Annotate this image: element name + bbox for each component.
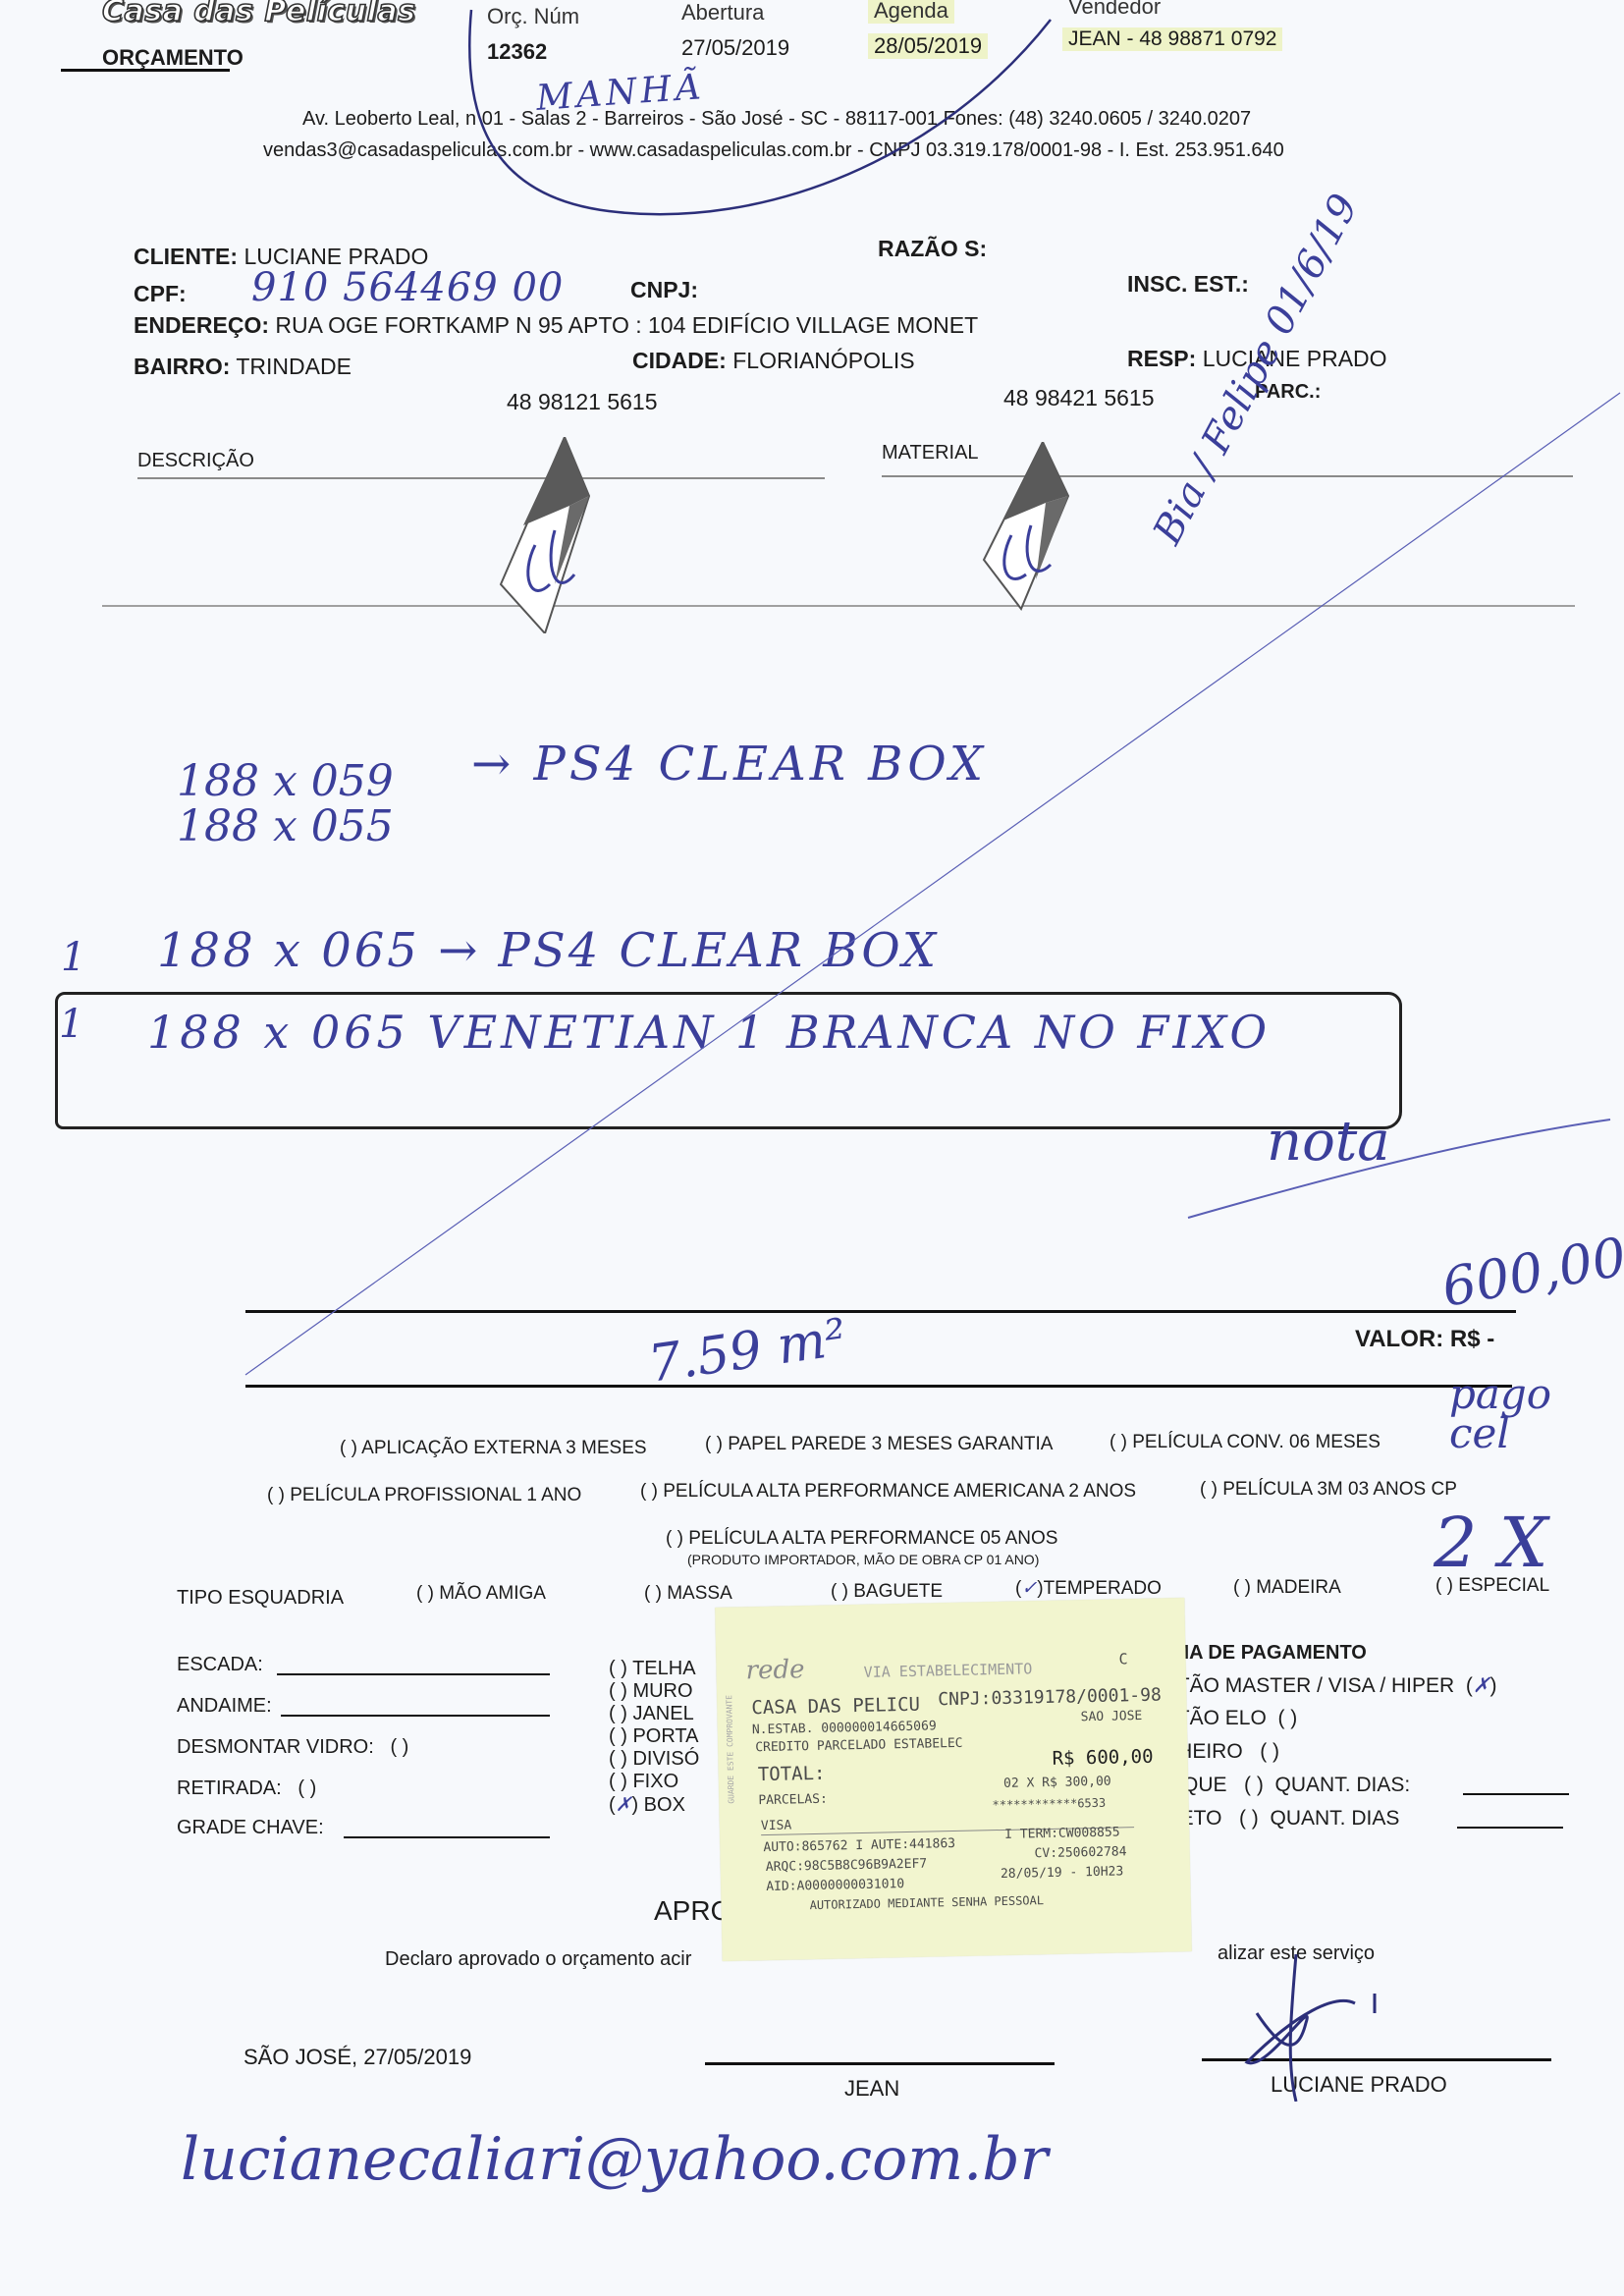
- client-email-handwritten: lucianecaliari@yahoo.com.br: [181, 2125, 1048, 2194]
- total-line-top: [245, 1310, 1516, 1313]
- location-options: ( ) TELHA ( ) MURO ( ) JANEL ( ) PORTA (…: [609, 1658, 699, 1817]
- payment-option[interactable]: EQUE ( ) QUANT. DIAS:: [1168, 1774, 1410, 1797]
- receipt-parcelas-value: 02 X R$ 300,00: [1003, 1775, 1111, 1791]
- company-address: Av. Leoberto Leal, n 01 - Salas 2 - Barr…: [302, 108, 1251, 131]
- endereco-label: ENDEREÇO:: [134, 312, 269, 338]
- receipt-brand-logo: rede: [745, 1655, 804, 1685]
- warranty-option[interactable]: ( ) PELÍCULA 3M 03 ANOS CP: [1200, 1479, 1457, 1501]
- receipt-card-brand: VISA: [761, 1818, 792, 1833]
- grade-chave-field[interactable]: [344, 1836, 550, 1838]
- item-2-count: 1: [61, 935, 85, 980]
- checkbox[interactable]: ( ): [609, 1680, 627, 1702]
- orc-num-label: Orç. Núm: [487, 4, 579, 29]
- nota-note: nota: [1267, 1110, 1390, 1174]
- checkbox[interactable]: ( ): [390, 1736, 408, 1758]
- checkbox[interactable]: ( ): [644, 1583, 662, 1604]
- esquadria-option[interactable]: ( ) MASSA: [644, 1583, 732, 1605]
- receipt-auth-note: AUTORIZADO MEDIANTE SENHA PESSOAL: [810, 1893, 1045, 1912]
- place-date: SÃO JOSÉ, 27/05/2019: [244, 2045, 471, 2070]
- bairro-value: TRINDADE: [236, 354, 352, 379]
- agenda-value: 28/05/2019: [868, 33, 988, 59]
- approval-title: APRO: [654, 1895, 731, 1927]
- phone-2: 48 98421 5615: [1003, 385, 1155, 411]
- checkbox-checked[interactable]: (✗): [1466, 1674, 1497, 1697]
- receipt-total-value: R$ 600,00: [1052, 1746, 1153, 1770]
- checkbox[interactable]: ( ): [609, 1658, 627, 1679]
- receipt-aid: AID:A0000000031010: [766, 1877, 904, 1894]
- receipt-auto: AUTO:865762 I AUTE:441863: [763, 1836, 955, 1855]
- receipt-via-code: C: [1118, 1650, 1127, 1667]
- warranty-option[interactable]: ( ) APLICAÇÃO EXTERNA 3 MESES: [340, 1438, 647, 1459]
- seller-signature-label: JEAN: [844, 2076, 899, 2102]
- checkbox[interactable]: ( ): [298, 1777, 316, 1799]
- bairro-field: BAIRRO: TRINDADE: [134, 354, 352, 380]
- vendedor-label: Vendedor: [1068, 0, 1161, 20]
- warranty-note: (PRODUTO IMPORTADOR, MÃO DE OBRA CP 01 A…: [687, 1552, 1039, 1567]
- checkbox[interactable]: ( ): [1244, 1774, 1264, 1796]
- checkbox[interactable]: ( ): [1239, 1807, 1259, 1830]
- descricao-divider: [137, 477, 825, 479]
- esquadria-option-checked[interactable]: (✓)TEMPERADO: [1015, 1577, 1162, 1600]
- installments-note: 2 X: [1434, 1503, 1548, 1583]
- cnpj-label: CNPJ:: [630, 277, 698, 303]
- abertura-label: Abertura: [681, 0, 764, 26]
- payment-option-checked[interactable]: RTÃO MASTER / VISA / HIPER (✗): [1163, 1673, 1496, 1698]
- cpf-value: 910 564469 00: [251, 265, 564, 310]
- checkbox[interactable]: ( ): [609, 1748, 627, 1770]
- desmontar-vidro-field[interactable]: DESMONTAR VIDRO: ( ): [177, 1736, 408, 1759]
- receipt-datetime: 28/05/19 - 10H23: [1001, 1864, 1124, 1882]
- item-3: 188 x 065 VENETIAN 1 BRANCA NO FIXO: [147, 1006, 1271, 1059]
- boleto-days-field[interactable]: [1457, 1827, 1563, 1829]
- checkmark-icon: ✗: [1473, 1673, 1490, 1697]
- esquadria-option[interactable]: ( ) BAGUETE: [831, 1581, 943, 1603]
- receipt-cnpj: CNPJ:03319178/0001-98: [938, 1685, 1162, 1711]
- location-option[interactable]: ( ) TELHA: [609, 1658, 699, 1680]
- company-stamp-icon: [982, 442, 1070, 619]
- warranty-option[interactable]: ( ) PAPEL PAREDE 3 MESES GARANTIA: [705, 1434, 1053, 1455]
- item-3-count: 1: [59, 1002, 83, 1047]
- esquadria-option[interactable]: ( ) MADEIRA: [1233, 1577, 1341, 1599]
- endereco-field: ENDEREÇO: RUA OGE FORTKAMP N 95 APTO : 1…: [134, 312, 978, 339]
- orc-num-value: 12362: [487, 39, 547, 65]
- nota-underline-stroke: [1188, 1120, 1610, 1218]
- item-1b-dimensions: 188 x 055: [177, 801, 394, 851]
- retirada-field[interactable]: RETIRADA: ( ): [177, 1777, 316, 1800]
- document-title: ORÇAMENTO: [102, 45, 244, 71]
- escada-field[interactable]: [277, 1673, 550, 1675]
- esquadria-option[interactable]: ( ) ESPECIAL: [1435, 1575, 1549, 1597]
- razao-label: RAZÃO S:: [878, 236, 987, 262]
- item-1-product: → PS4 CLEAR BOX: [471, 737, 987, 792]
- item-2: 188 x 065 → PS4 CLEAR BOX: [157, 923, 939, 978]
- warranty-option[interactable]: ( ) PELÍCULA PROFISSIONAL 1 ANO: [267, 1485, 581, 1506]
- receipt-total-label: TOTAL:: [758, 1763, 826, 1785]
- item-1a-dimensions: 188 x 059: [177, 756, 394, 806]
- location-option-checked[interactable]: (✗) BOX: [609, 1793, 699, 1817]
- checkbox[interactable]: ( ): [640, 1481, 658, 1502]
- andaime-field[interactable]: [281, 1715, 550, 1717]
- warranty-option[interactable]: ( ) PELÍCULA ALTA PERFORMANCE 05 ANOS: [666, 1528, 1057, 1550]
- checkbox[interactable]: ( ): [609, 1771, 627, 1792]
- diagonal-cancel-stroke: [245, 393, 1620, 1375]
- checkbox[interactable]: ( ): [416, 1583, 434, 1604]
- total-line-bottom: [245, 1385, 1512, 1388]
- checkbox[interactable]: ( ): [666, 1528, 683, 1549]
- location-option[interactable]: ( ) DIVISÓ: [609, 1748, 699, 1771]
- area-value: 7.59 m²: [645, 1308, 850, 1394]
- receipt-n-estab: N.ESTAB. 000000014665069: [752, 1719, 937, 1737]
- checkbox[interactable]: ( ): [1200, 1479, 1218, 1500]
- receipt-merchant: CASA DAS PELICU: [751, 1694, 920, 1720]
- section-divider: [102, 605, 1575, 607]
- escada-label: ESCADA:: [177, 1654, 263, 1676]
- receipt-city: SAO JOSE: [1081, 1709, 1143, 1724]
- cidade-value: FLORIANÓPOLIS: [732, 348, 914, 373]
- receipt-cv: CV:250602784: [1034, 1844, 1126, 1861]
- location-option[interactable]: ( ) MURO: [609, 1680, 699, 1703]
- warranty-option[interactable]: ( ) PELÍCULA ALTA PERFORMANCE AMERICANA …: [640, 1481, 1136, 1503]
- insc-est-label: INSC. EST.:: [1127, 271, 1249, 298]
- agenda-label: Agenda: [868, 0, 954, 24]
- valor-label: VALOR: R$ -: [1355, 1326, 1494, 1353]
- receipt-parcelas-label: PARCELAS:: [758, 1792, 828, 1808]
- location-option[interactable]: ( ) JANEL: [609, 1703, 699, 1725]
- checkmark-icon: ✓: [1021, 1577, 1037, 1599]
- cidade-field: CIDADE: FLORIANÓPOLIS: [632, 348, 915, 374]
- cheque-days-field[interactable]: [1463, 1793, 1569, 1795]
- client-signature-icon: [1237, 1954, 1394, 2102]
- company-logo: Casa das Películas: [102, 0, 415, 28]
- payment-option[interactable]: LETO ( ) QUANT. DIAS: [1168, 1807, 1399, 1831]
- checkbox-checked[interactable]: (✗): [609, 1794, 638, 1816]
- grade-chave-label: GRADE CHAVE:: [177, 1817, 324, 1839]
- checkbox[interactable]: ( ): [267, 1485, 285, 1505]
- receipt-via: VIA ESTABELECIMENTO: [864, 1660, 1033, 1681]
- checkbox[interactable]: ( ): [705, 1434, 723, 1454]
- cliente-label: CLIENTE:: [134, 244, 238, 269]
- material-label: MATERIAL: [882, 442, 979, 465]
- checkbox[interactable]: ( ): [1110, 1432, 1127, 1452]
- checkbox[interactable]: ( ): [831, 1581, 848, 1602]
- resp-label: RESP:: [1127, 346, 1196, 371]
- receipt-arqc: ARQC:98C5B8C96B9A2EF7: [766, 1857, 928, 1875]
- payment-title: RMA DE PAGAMENTO: [1159, 1642, 1367, 1665]
- seller-signature-line: [705, 2062, 1055, 2065]
- checkbox[interactable]: ( ): [609, 1725, 627, 1747]
- receipt-type: CREDITO PARCELADO ESTABELEC: [755, 1736, 963, 1755]
- location-option[interactable]: ( ) FIXO: [609, 1771, 699, 1793]
- descricao-label: DESCRIÇÃO: [137, 450, 254, 472]
- checkbox[interactable]: ( ): [1260, 1740, 1279, 1763]
- approval-declaration-left: Declaro aprovado o orçamento acir: [385, 1948, 691, 1971]
- title-underline: [61, 69, 230, 72]
- checkmark-icon: ✗: [616, 1792, 632, 1816]
- checkbox[interactable]: ( ): [1233, 1577, 1251, 1598]
- andaime-label: ANDAIME:: [177, 1695, 272, 1718]
- receipt-term: I TERM:CW008855: [1004, 1825, 1120, 1841]
- cpf-label: CPF:: [134, 281, 187, 307]
- card-receipt: GUARDE ESTE COMPROVANTE rede VIA ESTABEL…: [715, 1598, 1191, 1961]
- bairro-label: BAIRRO:: [134, 354, 230, 379]
- receipt-card-masked: ************6533: [992, 1796, 1106, 1812]
- payment-note: pago cel: [1449, 1375, 1587, 1453]
- receipt-side-text: GUARDE ESTE COMPROVANTE: [725, 1695, 735, 1804]
- endereco-value: RUA OGE FORTKAMP N 95 APTO : 104 EDIFÍCI…: [275, 312, 978, 338]
- esquadria-option[interactable]: ( ) MÃO AMIGA: [416, 1583, 546, 1605]
- esquadria-label: TIPO ESQUADRIA: [177, 1587, 344, 1610]
- valor-handwritten: 600,00: [1437, 1226, 1624, 1319]
- company-contact: vendas3@casadaspeliculas.com.br - www.ca…: [263, 139, 1284, 162]
- checkbox[interactable]: ( ): [1277, 1707, 1297, 1729]
- warranty-option[interactable]: ( ) PELÍCULA CONV. 06 MESES: [1110, 1432, 1380, 1453]
- vendedor-value: JEAN - 48 98871 0792: [1062, 27, 1282, 51]
- cidade-label: CIDADE:: [632, 348, 727, 373]
- checkbox[interactable]: ( ): [609, 1703, 627, 1724]
- abertura-value: 27/05/2019: [681, 35, 789, 61]
- checkbox-checked[interactable]: (✓): [1015, 1578, 1044, 1599]
- company-stamp-icon: [496, 437, 594, 633]
- phone-1: 48 98121 5615: [507, 389, 658, 415]
- checkbox[interactable]: ( ): [340, 1438, 357, 1458]
- location-option[interactable]: ( ) PORTA: [609, 1725, 699, 1748]
- checkbox[interactable]: ( ): [1435, 1575, 1453, 1596]
